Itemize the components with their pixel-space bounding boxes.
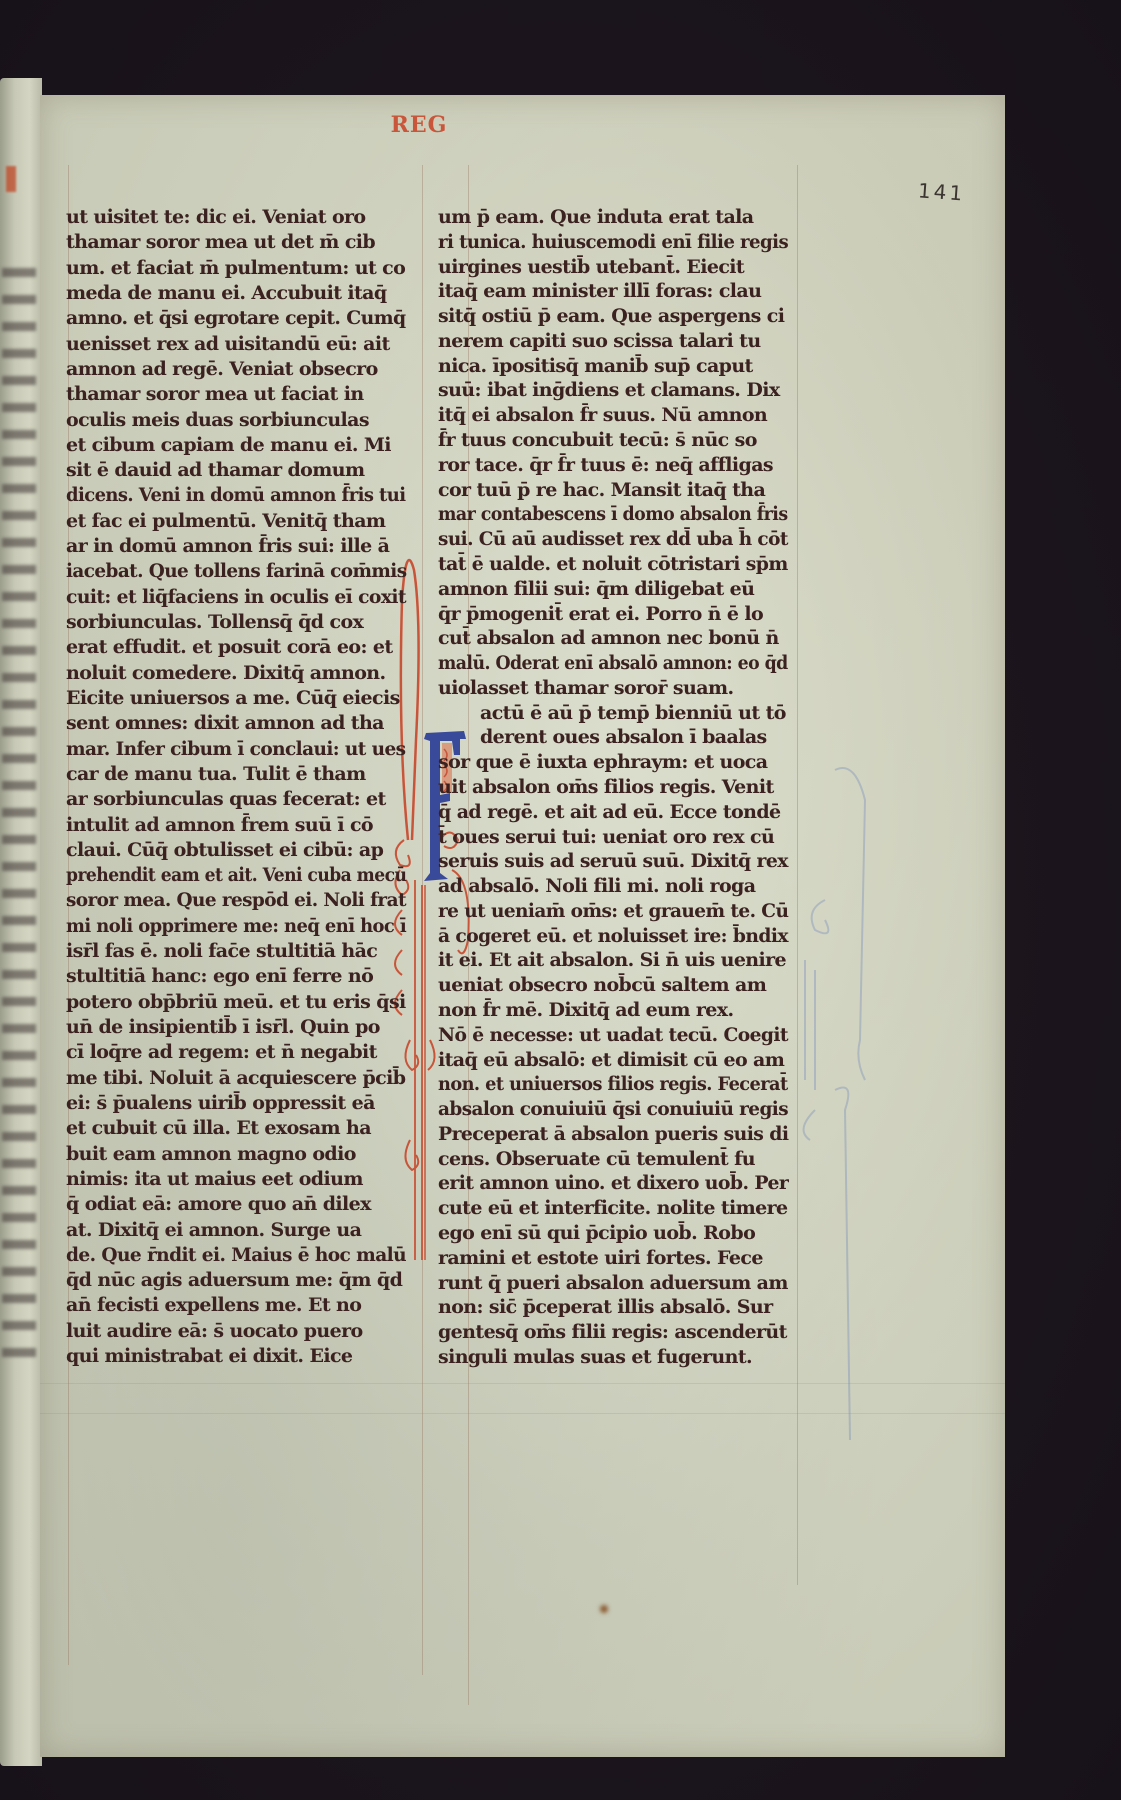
show-through-filigree-icon (795, 760, 995, 1460)
text-line: mar contabescens ī domo absalon f̄ris (438, 502, 759, 527)
text-line: Preceperat ā absalon pueris suis di (438, 1122, 785, 1147)
text-line: uit absalon om̄s filios regis. Venit (438, 775, 788, 800)
text-line: t̄ oues serui tui: ueniat oro rex cū (438, 825, 788, 850)
text-line: amnon ad regē. Veniat obsecro (66, 357, 406, 382)
text-line: Nō ē necesse: ut uadat tecū. Coegit (438, 1023, 782, 1048)
text-line: sorbiunculas. Tollensq̄ q̄d cox (66, 610, 406, 635)
text-line: f̄r tuus concubuit tecū: s̄ nūc so (438, 428, 788, 453)
text-line: singuli mulas suas et fugerunt. (438, 1345, 788, 1370)
text-line: q̄ odiat eā: amore quo an̄ dilex (66, 1192, 406, 1217)
text-line: prehendit eam et ait. Veni cuba mecū (66, 863, 373, 888)
text-line: ei: s̄ p̄ualens uirib̄ oppressit eā (66, 1091, 406, 1116)
folio-number: 141 (917, 178, 966, 205)
text-line: oculis meis duas sorbiunculas (66, 408, 406, 433)
text-line: soror mea. Que respōd ei. Noli frat (66, 888, 396, 913)
text-line: it ei. Et ait absalon. Si n̄ uis uenire (438, 948, 788, 973)
text-line: actū ē aū p̄ temp̄ bienniū ut tō (438, 701, 788, 726)
text-line: et fac ei pulmentū. Venitq̄ tham (66, 509, 406, 534)
text-line: cuit: et liq̄faciens in oculis eī coxit (66, 585, 401, 610)
previous-folio-text-blur (2, 268, 36, 1368)
text-line: erit amnon uino. et dixero uob̄. Per (438, 1171, 785, 1196)
text-line: luit audire eā: s̄ uocato puero (66, 1319, 406, 1344)
text-line: ā cogeret eū. et noluisset ire: b̄ndix (438, 924, 782, 949)
text-line: non: sic̄ p̄ceperat illis absalō. Sur (438, 1295, 788, 1320)
text-line: cute eū et interficite. nolite timere (438, 1196, 788, 1221)
text-line: nimis: ita ut maius eet odium (66, 1167, 406, 1192)
text-line: cut̄ absalon ad amnon nec bonū n̄ (438, 626, 788, 651)
text-line: ramini et estote uiri fortes. Fece (438, 1246, 788, 1271)
text-line: sitq̄ ostiū p̄ eam. Que aspergens ci (438, 304, 788, 329)
text-line: dicens. Veni in domū amnon f̄ris tui (66, 483, 387, 508)
text-line: et cibum capiam de manu ei. Mi (66, 433, 406, 458)
text-line: um p̄ eam. Que induta erat tala (438, 205, 788, 230)
text-line: ego enī sū qui p̄cipio uob̄. Robo (438, 1221, 788, 1246)
text-line: iacebat. Que tollens farinā com̄mis (66, 559, 395, 584)
text-line: meda de manu ei. Accubuit itaq̄ (66, 281, 406, 306)
previous-folio-rubric-mark (6, 166, 16, 192)
text-line: absalon conuiuiū q̄si conuiuiū regis (438, 1097, 778, 1122)
text-line: cens. Obseruate cū temulent̄ fu (438, 1147, 788, 1172)
text-line: thamar soror mea ut det m̄ cib (66, 230, 406, 255)
text-line: qui ministrabat ei dixit. Eice (66, 1344, 406, 1369)
text-line: itq̄ ei absalon f̄r suus. Nū amnon (438, 403, 788, 428)
text-line: q̄r p̄mogenit̄ erat ei. Porro n̄ ē lo (438, 602, 788, 627)
text-line: car de manu tua. Tulit ē tham (66, 762, 406, 787)
text-line: amno. et q̄si egrotare cepit. Cumq̄ (66, 306, 402, 331)
text-line: ueniat obsecro nob̄cū saltem am (438, 973, 788, 998)
text-line: et cubuit cū illa. Et exosam ha (66, 1116, 406, 1141)
text-line: uenisset rex ad uisitandū eū: ait (66, 332, 406, 357)
text-line: intulit ad amnon f̄rem suū ī cō (66, 813, 406, 838)
text-line: cī loq̄re ad regem: et n̄ negabit (66, 1040, 406, 1065)
text-line: amnon filii sui: q̄m diligebat eū (438, 577, 788, 602)
text-line: derent oues absalon ī baalas (438, 725, 788, 750)
text-line: an̄ fecisti expellens me. Et no (66, 1293, 406, 1318)
text-line: malū. Oderat enī absalō amnon: eo q̄d (438, 651, 757, 676)
text-line: stultitiā hanc: ego enī ferre nō (66, 964, 406, 989)
text-line: non f̄r mē. Dixitq̄ ad eum rex. (438, 998, 788, 1023)
text-line: claui. Cūq̄ obtulisset ei cibū: ap (66, 838, 406, 863)
text-line: un̄ de insipientib̄ ī isr̄l. Quin po (66, 1015, 406, 1040)
text-line: thamar soror mea ut faciat in (66, 382, 406, 407)
text-line: nica. īpositisq̄ manib̄ sup̄ caput (438, 354, 788, 379)
text-line: runt q̄ pueri absalon aduersum am (438, 1271, 787, 1296)
text-line: gentesq̄ om̄s filii regis: ascenderūt (438, 1320, 788, 1345)
text-line: ror tace. q̄r f̄r tuus ē: neq̄ affligas (438, 453, 788, 478)
right-text-column: um p̄ eam. Que induta erat tala ri tunic… (438, 205, 788, 1370)
previous-folio-edge (0, 78, 42, 1766)
text-line: sui. Cū aū audisset rex dd̄ uba h̄ cō… (438, 527, 778, 552)
text-line: cor tuū p̄ re hac. Mansit itaq̄ tha (438, 478, 788, 503)
text-line: uirgines uestib̄ utebant̄. Eiecit (438, 255, 788, 280)
text-line: erat effudit. et posuit corā eo: et (66, 635, 406, 660)
text-line: noluit comedere. Dixitq̄ amnon. (66, 661, 406, 686)
text-line: Eicite uniuersos a me. Cūq̄ eiecis (66, 686, 406, 711)
text-line: nerem capiti suo scissa talari tu (438, 329, 788, 354)
stain-spot (600, 1605, 608, 1613)
text-line: ad absalō. Noli fili mi. noli roga (438, 874, 788, 899)
left-text-column: ut uisitet te: dic ei. Veniat oro thamar… (66, 205, 406, 1369)
text-line: sit ē dauid ad thamar domum (66, 458, 406, 483)
text-line: sor que ē iuxta ephraym: et uoca (438, 750, 788, 775)
text-line: seruis suis ad seruū suū. Dixitq̄ rex (438, 849, 784, 874)
text-line: at. Dixitq̄ ei amnon. Surge ua (66, 1218, 406, 1243)
text-line: non. et uniuersos filios regis. Fecerat̄ (438, 1072, 765, 1097)
text-line: ri tunica. huiuscemodi enī filie regis (438, 230, 773, 255)
text-line: q̄d nūc agis aduersum me: q̄m q̄d (66, 1268, 406, 1293)
text-line: ar in domū amnon f̄ris sui: ille ā (66, 534, 406, 559)
text-line: sent omnes: dixit amnon ad tha (66, 711, 406, 736)
text-line: mi noli opprimere me: neq̄ enī hoc ī (66, 914, 386, 939)
text-line: buit eam amnon magno odio (66, 1142, 406, 1167)
text-line: re ut ueniam̄ om̄s: et grauem̄ te. Cū (438, 899, 779, 924)
text-line: tat̄ ē ualde. et noluit cōtristari sp̄… (438, 552, 785, 577)
text-line: ut uisitet te: dic ei. Veniat oro (66, 205, 406, 230)
text-line: ar sorbiunculas quas fecerat: et (66, 787, 406, 812)
text-line: me tibi. Noluit ā acquiescere p̄cib̄ (66, 1066, 406, 1091)
text-line: suū: ibat inḡdiens et clamans. Dix (438, 378, 788, 403)
text-line: isr̄l fas ē. noli fac̄e stultitiā hāc (66, 939, 406, 964)
text-line: q̄ ad regē. et ait ad eū. Ecce tondē (438, 800, 788, 825)
text-line: um. et faciat m̄ pulmentum: ut co (66, 256, 406, 281)
running-header-text: REG (391, 112, 448, 138)
text-line: potero obp̄briū meū. et tu eris q̄si (66, 990, 406, 1015)
text-line: mar. Infer cibum ī conclaui: ut ues (66, 737, 397, 762)
text-line: uiolasset thamar soror̄ suam. (438, 676, 788, 701)
text-line: de. Que r̄ndit ei. Maius ē hoc malū (66, 1243, 398, 1268)
text-line: itaq̄ eū absalō: et dimisit cū eo am (438, 1048, 788, 1073)
text-line: itaq̄ eam minister illī foras: clau (438, 279, 788, 304)
running-header: REG (378, 112, 460, 138)
